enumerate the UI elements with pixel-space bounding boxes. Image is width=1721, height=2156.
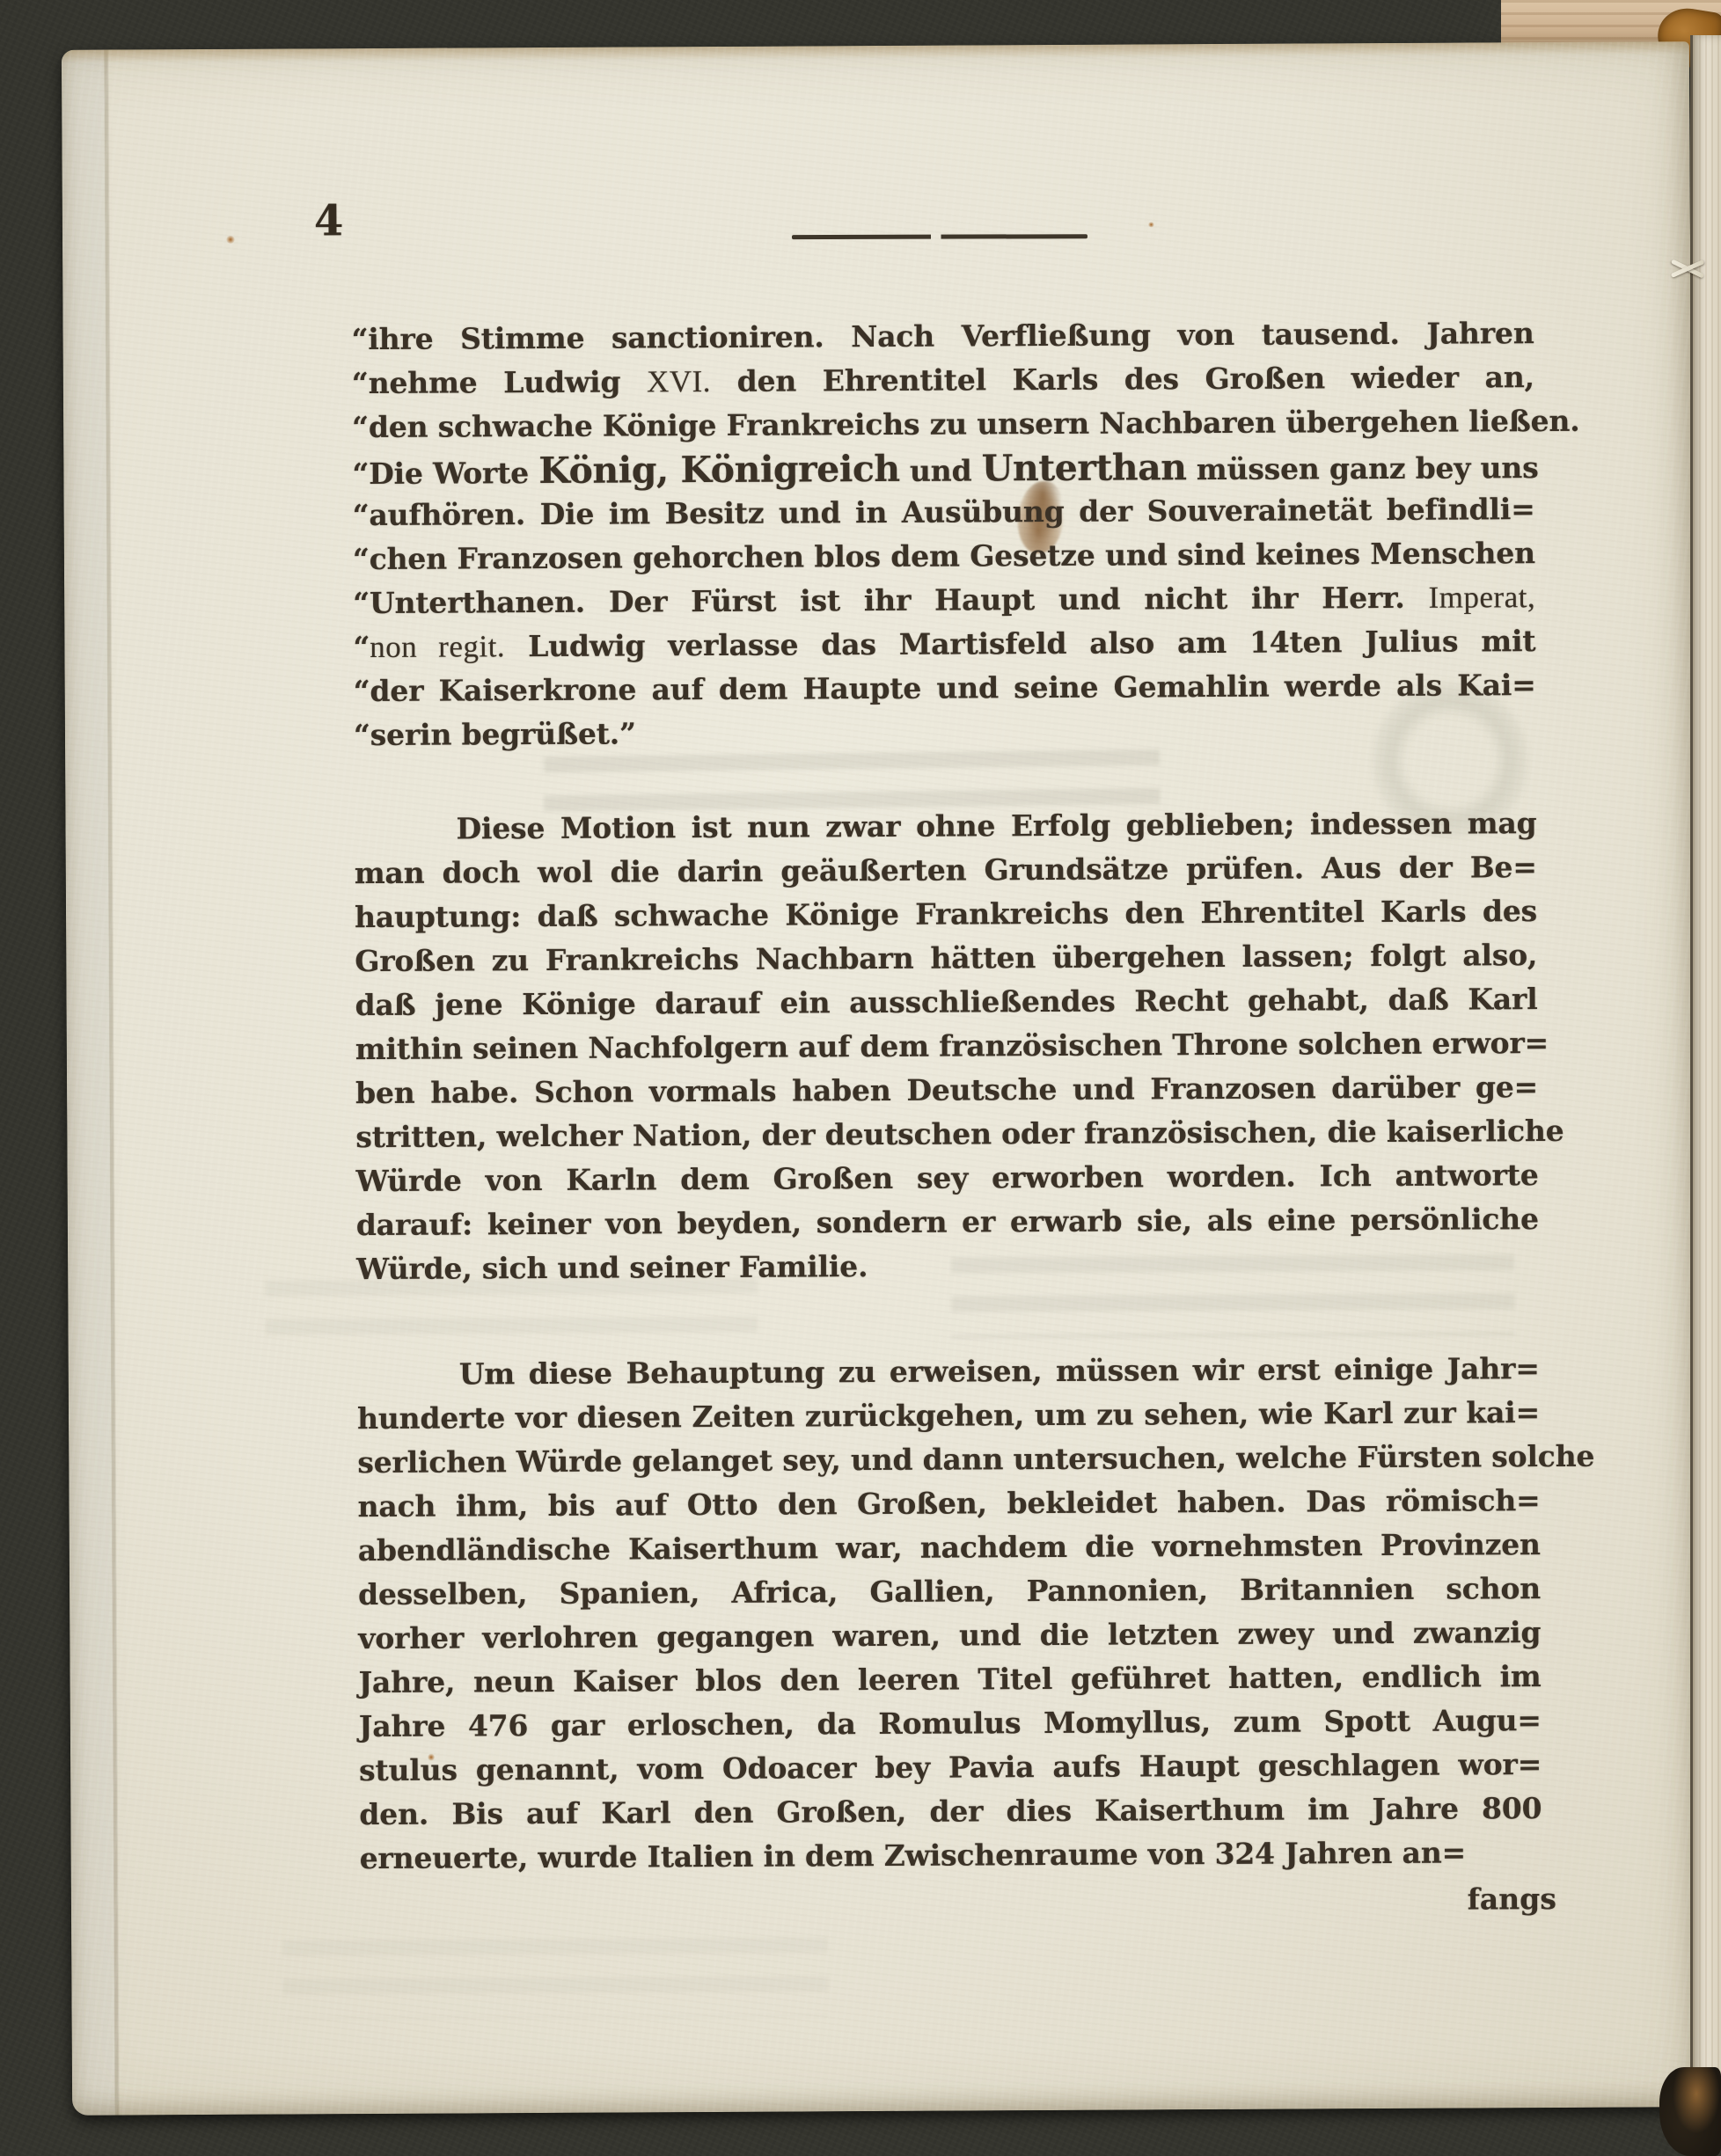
fraktur-text-segment: “chen Franzosen gehorchen blos dem Geset… <box>353 536 1535 576</box>
text-line: abendländische Kaiserthum war, nachdem d… <box>358 1523 1541 1573</box>
text-line: “Die Worte König, Königreich und Unterth… <box>352 443 1534 493</box>
text-line: nach ihm, bis auf Otto den Großen, bekle… <box>357 1479 1540 1529</box>
text-line: “der Kaiserkrone auf dem Haupte und sein… <box>354 663 1536 713</box>
fraktur-text-segment: serlichen Würde gelanget sey, und dann u… <box>357 1439 1594 1480</box>
antiqua-text-segment: XVI. <box>647 364 711 398</box>
text-line: Jahre 476 gar erloschen, da Romulus Momy… <box>359 1699 1542 1749</box>
fraktur-text-segment: “den schwache Könige Frankreichs zu unse… <box>352 404 1580 444</box>
fraktur-text-segment: “nehme Ludwig <box>352 364 647 400</box>
fraktur-text-segment: stritten, welcher Nation, der deutschen … <box>355 1114 1564 1154</box>
display-text-segment: Unterthan <box>982 446 1187 489</box>
fraktur-text-segment: Würde, sich und seiner Familie. <box>356 1249 868 1286</box>
fraktur-text-segment: Um diese Behauptung zu erweisen, müssen … <box>459 1351 1540 1391</box>
text-line: Um diese Behauptung zu erweisen, müssen … <box>357 1347 1540 1397</box>
fraktur-text-segment: Jahre 476 gar erloschen, da Romulus Momy… <box>359 1703 1542 1743</box>
text-line: den. Bis auf Karl den Großen, der dies K… <box>359 1787 1542 1837</box>
fraktur-text-segment: “ <box>353 630 370 664</box>
text-line: mithin seinen Nachfolgern auf dem franzö… <box>355 1021 1538 1071</box>
fraktur-text-segment: den Ehrentitel Karls des Großen wieder a… <box>711 360 1534 398</box>
text-line: desselben, Spanien, Africa, Gallien, Pan… <box>358 1567 1541 1617</box>
fraktur-text-segment: vorher verlohren gegangen waren, und die… <box>358 1615 1541 1655</box>
text-line: “serin begrüßet.” <box>354 707 1536 757</box>
fraktur-text-segment: Ludwig verlasse das Martisfeld also am 1… <box>505 624 1535 663</box>
fraktur-text-segment: daß jene Könige darauf ein ausschließend… <box>355 982 1537 1022</box>
text-line: ben habe. Schon vormals haben Deutsche u… <box>355 1065 1538 1115</box>
fraktur-text-segment: darauf: keiner von beyden, sondern er er… <box>356 1202 1539 1242</box>
fraktur-text-segment: “aufhören. Die im Besitz und in Ausübung… <box>353 492 1535 532</box>
fraktur-text-segment: Großen zu Frankreichs Nachbarn hätten üb… <box>355 938 1537 978</box>
catchword: fangs <box>360 1877 1556 1927</box>
text-line: man doch wol die darin geäußerten Grunds… <box>355 845 1537 895</box>
fraktur-text-segment: Jahre, neun Kaiser blos den leeren Titel… <box>358 1659 1541 1699</box>
text-line: stulus genannt, vom Odoacer bey Pavia au… <box>359 1743 1542 1793</box>
fraktur-text-segment: hauptung: daß schwache Könige Frankreich… <box>355 894 1537 934</box>
text-line: hunderte vor diesen Zeiten zurückgehen, … <box>357 1391 1540 1441</box>
fraktur-text-segment: desselben, Spanien, Africa, Gallien, Pan… <box>358 1571 1541 1612</box>
fraktur-text-segment: Diese Motion ist nun zwar ohne Erfolg ge… <box>456 806 1536 845</box>
text-line: “Unterthanen. Der Fürst ist ihr Haupt un… <box>353 575 1535 625</box>
paragraph-quoted-motion: “ihre Stimme sanctioniren. Nach Verfließ… <box>351 311 1536 757</box>
antiqua-text-segment: non regit. <box>370 629 505 664</box>
text-line: “den schwache Könige Frankreichs zu unse… <box>352 399 1534 449</box>
text-line: “non regit. Ludwig verlasse das Martisfe… <box>353 619 1535 669</box>
text-line: hauptung: daß schwache Könige Frankreich… <box>355 889 1537 939</box>
book-page: 4 “ihre Stimme sanctioniren. Nach Verfli… <box>62 41 1700 2116</box>
paragraph-historical-argument: Um diese Behauptung zu erweisen, müssen … <box>357 1347 1542 1881</box>
text-line: “ihre Stimme sanctioniren. Nach Verfließ… <box>351 311 1534 362</box>
fraktur-text-segment: hunderte vor diesen Zeiten zurückgehen, … <box>357 1395 1540 1436</box>
fraktur-text-segment: stulus genannt, vom Odoacer bey Pavia au… <box>359 1747 1542 1787</box>
fraktur-text-segment: “der Kaiserkrone auf dem Haupte und sein… <box>354 668 1536 708</box>
paragraph-commentary: Diese Motion ist nun zwar ohne Erfolg ge… <box>354 801 1539 1291</box>
text-block: “ihre Stimme sanctioniren. Nach Verfließ… <box>350 42 1543 2114</box>
text-line: serlichen Würde gelanget sey, und dann u… <box>357 1435 1540 1485</box>
fraktur-text-segment: nach ihm, bis auf Otto den Großen, bekle… <box>357 1483 1540 1524</box>
fraktur-text-segment: und <box>900 453 982 487</box>
text-line: vorher verlohren gegangen waren, und die… <box>358 1611 1541 1661</box>
fraktur-text-segment: mithin seinen Nachfolgern auf dem franzö… <box>355 1026 1549 1066</box>
fraktur-text-segment: “Die Worte <box>352 456 538 491</box>
antiqua-text-segment: Imperat, <box>1428 580 1535 615</box>
text-line: Jahre, neun Kaiser blos den leeren Titel… <box>358 1655 1541 1705</box>
adjacent-page-fore-edge <box>1690 35 1721 2146</box>
text-line: Würde von Karln dem Großen sey erworben … <box>355 1153 1538 1203</box>
binding-corner-blotch <box>1659 2067 1721 2156</box>
text-line: “nehme Ludwig XVI. den Ehrentitel Karls … <box>352 355 1534 406</box>
text-line: stritten, welcher Nation, der deutschen … <box>355 1109 1538 1159</box>
fraktur-text-segment: man doch wol die darin geäußerten Grunds… <box>355 850 1537 890</box>
text-line: Würde, sich und seiner Familie. <box>356 1241 1539 1291</box>
fraktur-text-segment: “Unterthanen. Der Fürst ist ihr Haupt un… <box>353 581 1429 620</box>
fraktur-text-segment: den. Bis auf Karl den Großen, der dies K… <box>359 1791 1542 1831</box>
text-line: Diese Motion ist nun zwar ohne Erfolg ge… <box>354 801 1536 851</box>
fraktur-text-segment: ben habe. Schon vormals haben Deutsche u… <box>355 1070 1538 1110</box>
fraktur-text-segment: “serin begrüßet.” <box>354 716 636 752</box>
foxing-speck <box>226 236 235 244</box>
fraktur-text-segment: “ihre Stimme sanctioniren. Nach Verfließ… <box>351 316 1534 356</box>
binding-thread-icon <box>1666 253 1709 285</box>
text-line: Großen zu Frankreichs Nachbarn hätten üb… <box>355 933 1537 983</box>
scanner-background: 4 “ihre Stimme sanctioniren. Nach Verfli… <box>0 0 1721 2156</box>
fraktur-text-segment: müssen ganz bey uns <box>1186 450 1538 486</box>
text-line: daß jene Könige darauf ein ausschließend… <box>355 977 1537 1027</box>
text-line: “aufhören. Die im Besitz und in Ausübung… <box>353 487 1535 537</box>
text-line: darauf: keiner von beyden, sondern er er… <box>356 1197 1539 1247</box>
display-text-segment: König, Königreich <box>538 448 900 492</box>
fraktur-text-segment: abendländische Kaiserthum war, nachdem d… <box>358 1527 1541 1568</box>
fraktur-text-segment: erneuerte, wurde Italien in dem Zwischen… <box>360 1836 1467 1876</box>
text-line: erneuerte, wurde Italien in dem Zwischen… <box>360 1831 1542 1881</box>
text-line: “chen Franzosen gehorchen blos dem Geset… <box>353 531 1535 581</box>
fraktur-text-segment: Würde von Karln dem Großen sey erworben … <box>356 1158 1539 1198</box>
